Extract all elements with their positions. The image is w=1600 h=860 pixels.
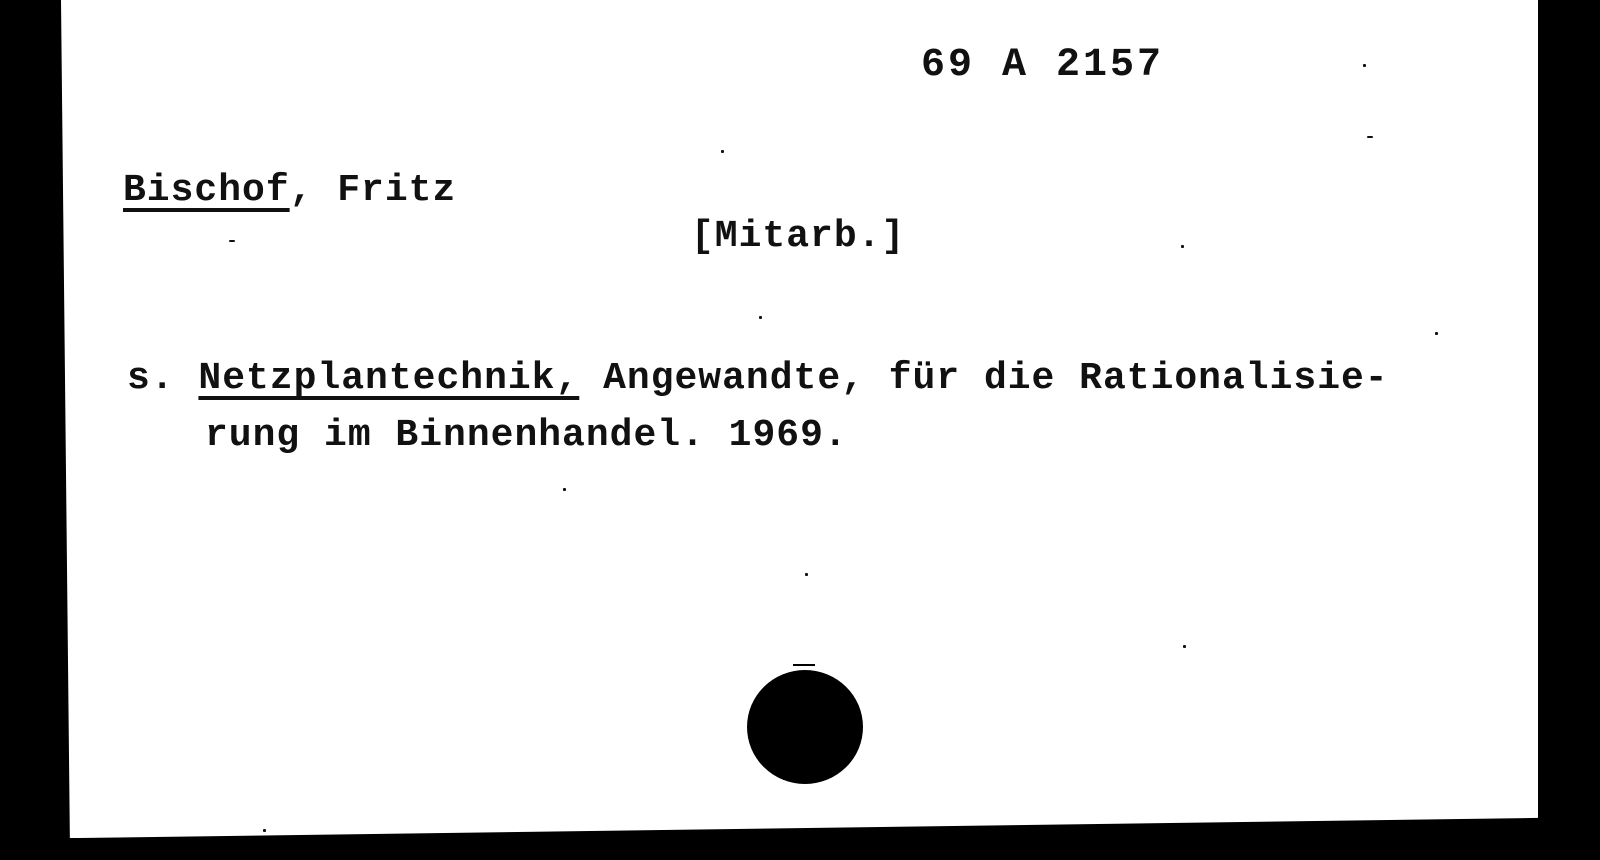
scan-speck [229, 240, 235, 242]
author-surname: Bischof [123, 169, 290, 212]
author-role: [Mitarb.] [691, 218, 905, 256]
see-reference-prefix: s. [127, 357, 198, 400]
scan-speck [563, 488, 566, 491]
author-name: Bischof, Fritz [123, 172, 456, 210]
scan-speck [805, 573, 808, 576]
author-separator: , [290, 169, 338, 212]
scan-speck [1367, 136, 1373, 138]
scan-speck [1181, 245, 1184, 248]
punch-hole-edge-mark [793, 664, 815, 666]
scan-speck [263, 829, 266, 832]
scan-speck [759, 316, 762, 319]
subject-heading: Netzplantechnik, [198, 357, 579, 400]
scan-speck [1363, 64, 1366, 67]
title-continuation: Angewandte, für die Rationalisie- [579, 357, 1388, 400]
scan-speck [1183, 645, 1186, 648]
scan-speck [721, 150, 724, 153]
scan-speck [1435, 332, 1438, 335]
call-number: 69 A 2157 [921, 46, 1164, 86]
catalog-card: 69 A 2157 Bischof, Fritz [Mitarb.] s. Ne… [61, 0, 1538, 838]
punch-hole [747, 670, 863, 784]
entry-line-1: s. Netzplantechnik, Angewandte, für die … [127, 360, 1389, 398]
author-given-name: Fritz [337, 169, 456, 212]
entry-line-2: rung im Binnenhandel. 1969. [205, 417, 848, 455]
